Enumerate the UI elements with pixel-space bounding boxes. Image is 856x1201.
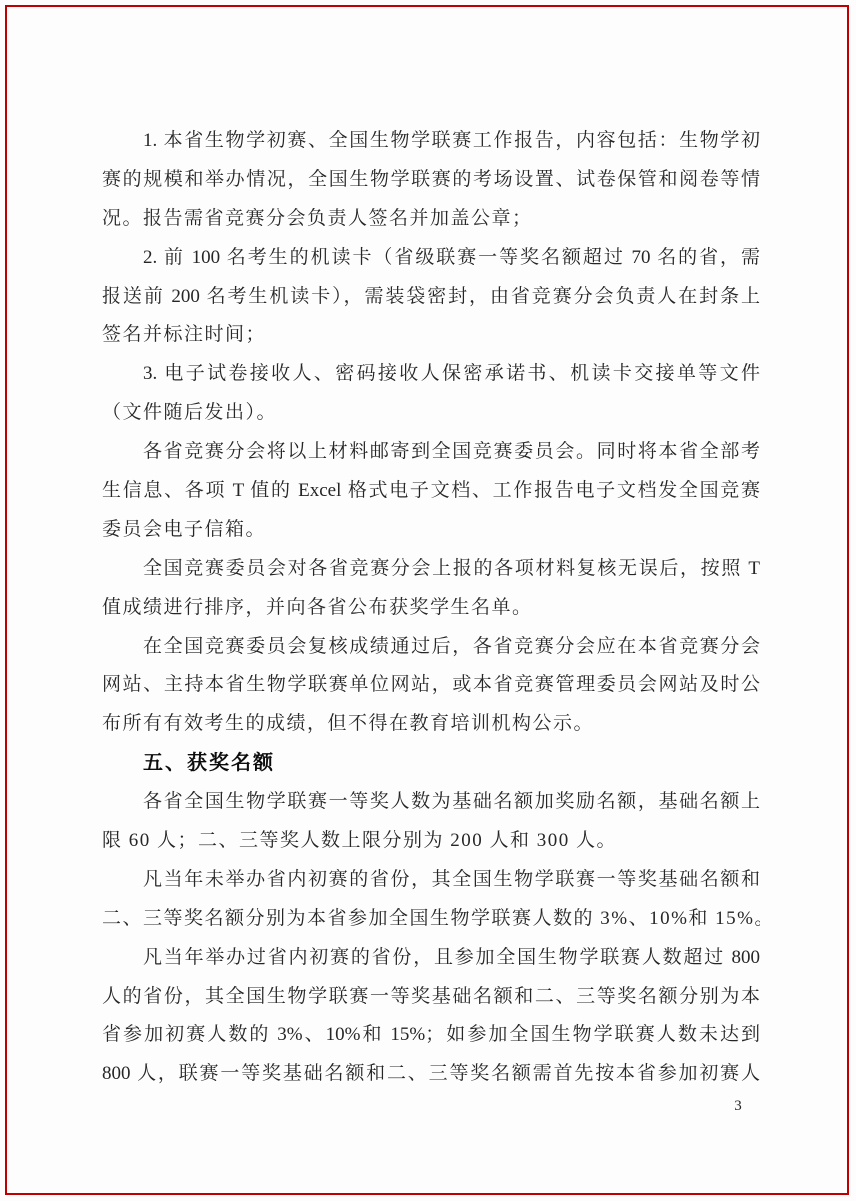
section-heading: 五、获奖名额 bbox=[102, 744, 760, 783]
text-line: 全国竞赛委员会对各省竞赛分会上报的各项材料复核无误后，按照 T bbox=[102, 550, 760, 589]
text-line: 生信息、各项 T 值的 Excel 格式电子文档、工作报告电子文档发全国竞赛 bbox=[102, 472, 760, 511]
text-line: 800 人，联赛一等奖基础名额和二、三等奖名额需首先按本省参加初赛人 bbox=[102, 1055, 760, 1094]
text-line: 2. 前 100 名考生的机读卡（省级联赛一等奖名额超过 70 名的省，需 bbox=[102, 239, 760, 278]
text-line: 布所有有效考生的成绩，但不得在教育培训机构公示。 bbox=[102, 705, 760, 744]
text-line: （文件随后发出）。 bbox=[102, 394, 760, 433]
text-line: 人的省份，其全国生物学联赛一等奖基础名额和二、三等奖名额分别为本 bbox=[102, 978, 760, 1017]
text-line: 1. 本省生物学初赛、全国生物学联赛工作报告，内容包括：生物学初 bbox=[102, 122, 760, 161]
text-line: 二、三等奖名额分别为本省参加全国生物学联赛人数的 3%、10%和 15%。 bbox=[102, 900, 760, 939]
text-line: 赛的规模和举办情况，全国生物学联赛的考场设置、试卷保管和阅卷等情 bbox=[102, 161, 760, 200]
text-line: 值成绩进行排序，并向各省公布获奖学生名单。 bbox=[102, 589, 760, 628]
text-line: 委员会电子信箱。 bbox=[102, 511, 760, 550]
text-line: 3. 电子试卷接收人、密码接收人保密承诺书、机读卡交接单等文件 bbox=[102, 355, 760, 394]
text-line: 况。报告需省竞赛分会负责人签名并加盖公章； bbox=[102, 200, 760, 239]
page-number: 3 bbox=[728, 1098, 748, 1115]
text-line: 凡当年未举办省内初赛的省份，其全国生物学联赛一等奖基础名额和 bbox=[102, 861, 760, 900]
text-line: 省参加初赛人数的 3%、10%和 15%；如参加全国生物学联赛人数未达到 bbox=[102, 1016, 760, 1055]
text-line: 限 60 人；二、三等奖人数上限分别为 200 人和 300 人。 bbox=[102, 822, 760, 861]
text-line: 报送前 200 名考生机读卡），需装袋密封，由省竞赛分会负责人在封条上 bbox=[102, 278, 760, 317]
text-line: 各省全国生物学联赛一等奖人数为基础名额加奖励名额，基础名额上 bbox=[102, 783, 760, 822]
document-body: 1. 本省生物学初赛、全国生物学联赛工作报告，内容包括：生物学初赛的规模和举办情… bbox=[102, 122, 760, 1094]
text-line: 各省竞赛分会将以上材料邮寄到全国竞赛委员会。同时将本省全部考 bbox=[102, 433, 760, 472]
text-line: 凡当年举办过省内初赛的省份，且参加全国生物学联赛人数超过 800 bbox=[102, 939, 760, 978]
text-line: 在全国竞赛委员会复核成绩通过后，各省竞赛分会应在本省竞赛分会 bbox=[102, 628, 760, 667]
text-line: 签名并标注时间； bbox=[102, 316, 760, 355]
text-line: 网站、主持本省生物学联赛单位网站，或本省竞赛管理委员会网站及时公 bbox=[102, 666, 760, 705]
